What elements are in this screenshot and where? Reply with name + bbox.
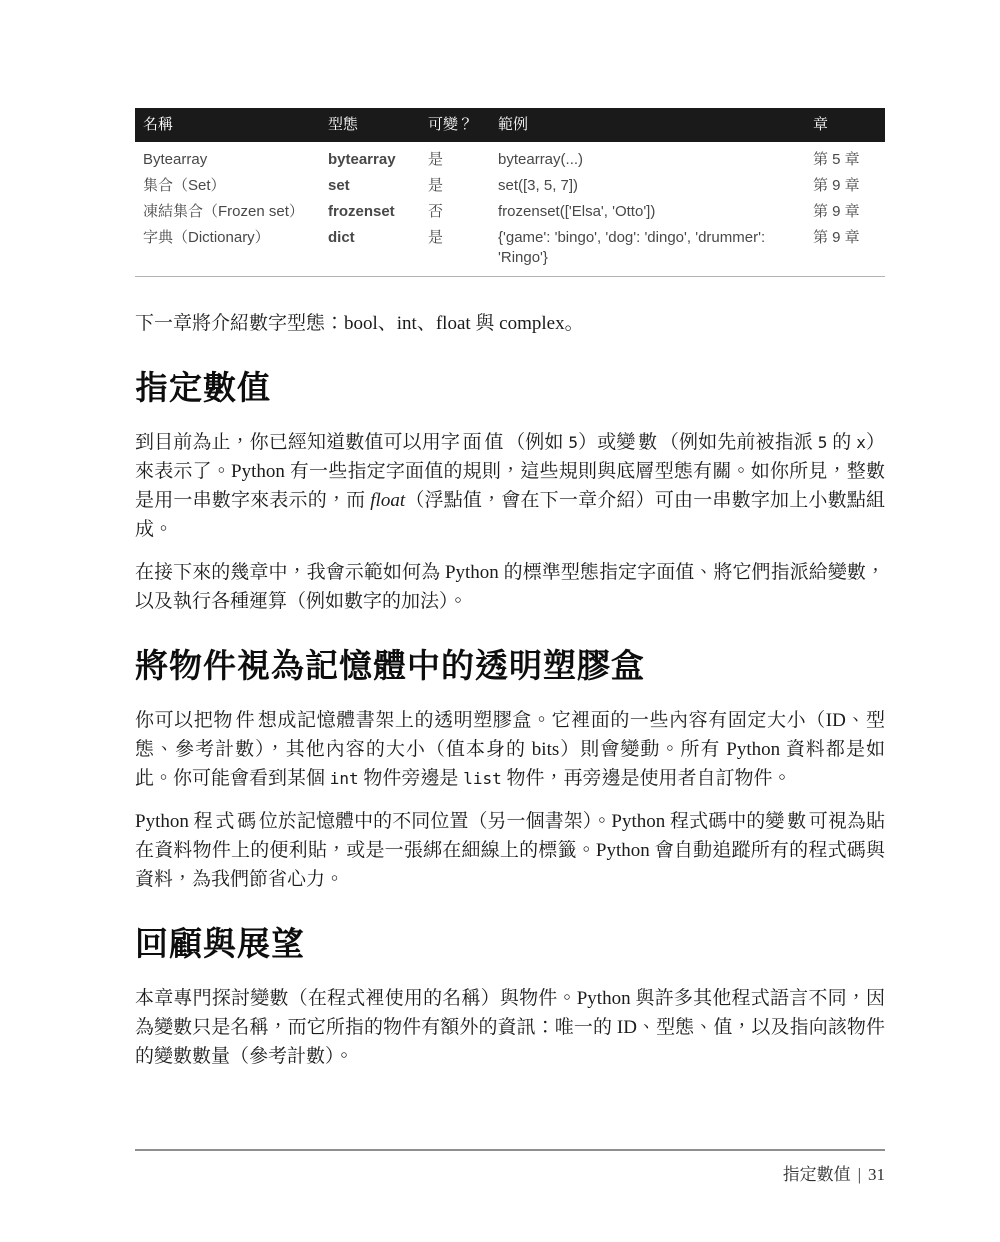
cell-mutable: 是 <box>420 142 490 173</box>
cell-chapter: 第 9 章 <box>805 199 885 225</box>
cell-chapter: 第 9 章 <box>805 173 885 199</box>
table-row-dict: 字典（Dictionary） dict 是 {'game': 'bingo', … <box>135 225 885 277</box>
table-row-frozenset: 凍結集合（Frozen set） frozenset 否 frozenset([… <box>135 199 885 225</box>
table-header-example: 範例 <box>490 108 805 142</box>
footer-page-number: 31 <box>868 1165 885 1184</box>
page-footer: 指定數值|31 <box>135 1149 885 1185</box>
footer-separator: | <box>858 1165 861 1184</box>
paragraph-literals-variables: 到目前為止，你已經知道數值可以用字面值（例如 5）或變數（例如先前被指派 5 的… <box>135 428 885 544</box>
section-heading-objects-as-boxes: 將物件視為記憶體中的透明塑膠盒 <box>135 646 885 686</box>
cell-name: 凍結集合（Frozen set） <box>135 199 320 225</box>
cell-mutable: 是 <box>420 173 490 199</box>
table-header-name: 名稱 <box>135 108 320 142</box>
table-header-row: 名稱 型態 可變？ 範例 章 <box>135 108 885 142</box>
cell-name: 字典（Dictionary） <box>135 225 320 277</box>
book-page: 名稱 型態 可變？ 範例 章 Bytearray bytearray 是 byt… <box>0 0 1000 1242</box>
cell-example: bytearray(...) <box>490 142 805 173</box>
cell-example: set([3, 5, 7]) <box>490 173 805 199</box>
section-heading-review-outlook: 回顧與展望 <box>135 924 885 964</box>
cell-type: set <box>320 173 420 199</box>
cell-chapter: 第 9 章 <box>805 225 885 277</box>
paragraph-object-boxes: 你可以把物件想成記憶體書架上的透明塑膠盒。它裡面的一些內容有固定大小（ID、型態… <box>135 706 885 793</box>
cell-chapter: 第 5 章 <box>805 142 885 173</box>
cell-example: {'game': 'bingo', 'dog': 'dingo', 'drumm… <box>490 225 805 277</box>
cell-name: Bytearray <box>135 142 320 173</box>
cell-mutable: 否 <box>420 199 490 225</box>
cell-name: 集合（Set） <box>135 173 320 199</box>
table-row-bytearray: Bytearray bytearray 是 bytearray(...) 第 5… <box>135 142 885 173</box>
types-table: 名稱 型態 可變？ 範例 章 Bytearray bytearray 是 byt… <box>135 108 885 277</box>
cell-type: dict <box>320 225 420 277</box>
table-header-mutable: 可變？ <box>420 108 490 142</box>
table-header-type: 型態 <box>320 108 420 142</box>
table-row-set: 集合（Set） set 是 set([3, 5, 7]) 第 9 章 <box>135 173 885 199</box>
paragraph-upcoming-chapters: 在接下來的幾章中，我會示範如何為 Python 的標準型態指定字面值、將它們指派… <box>135 558 885 616</box>
cell-type: bytearray <box>320 142 420 173</box>
footer-section-title: 指定數值 <box>783 1165 851 1184</box>
section-heading-assigning-values: 指定數值 <box>135 368 885 408</box>
cell-type: frozenset <box>320 199 420 225</box>
table-header-chapter: 章 <box>805 108 885 142</box>
paragraph-code-location: Python 程式碼位於記憶體中的不同位置（另一個書架）。Python 程式碼中… <box>135 807 885 894</box>
intro-paragraph: 下一章將介紹數字型態：bool、int、float 與 complex。 <box>135 309 885 338</box>
cell-mutable: 是 <box>420 225 490 277</box>
cell-example: frozenset(['Elsa', 'Otto']) <box>490 199 805 225</box>
paragraph-chapter-summary: 本章專門探討變數（在程式裡使用的名稱）與物件。Python 與許多其他程式語言不… <box>135 984 885 1071</box>
